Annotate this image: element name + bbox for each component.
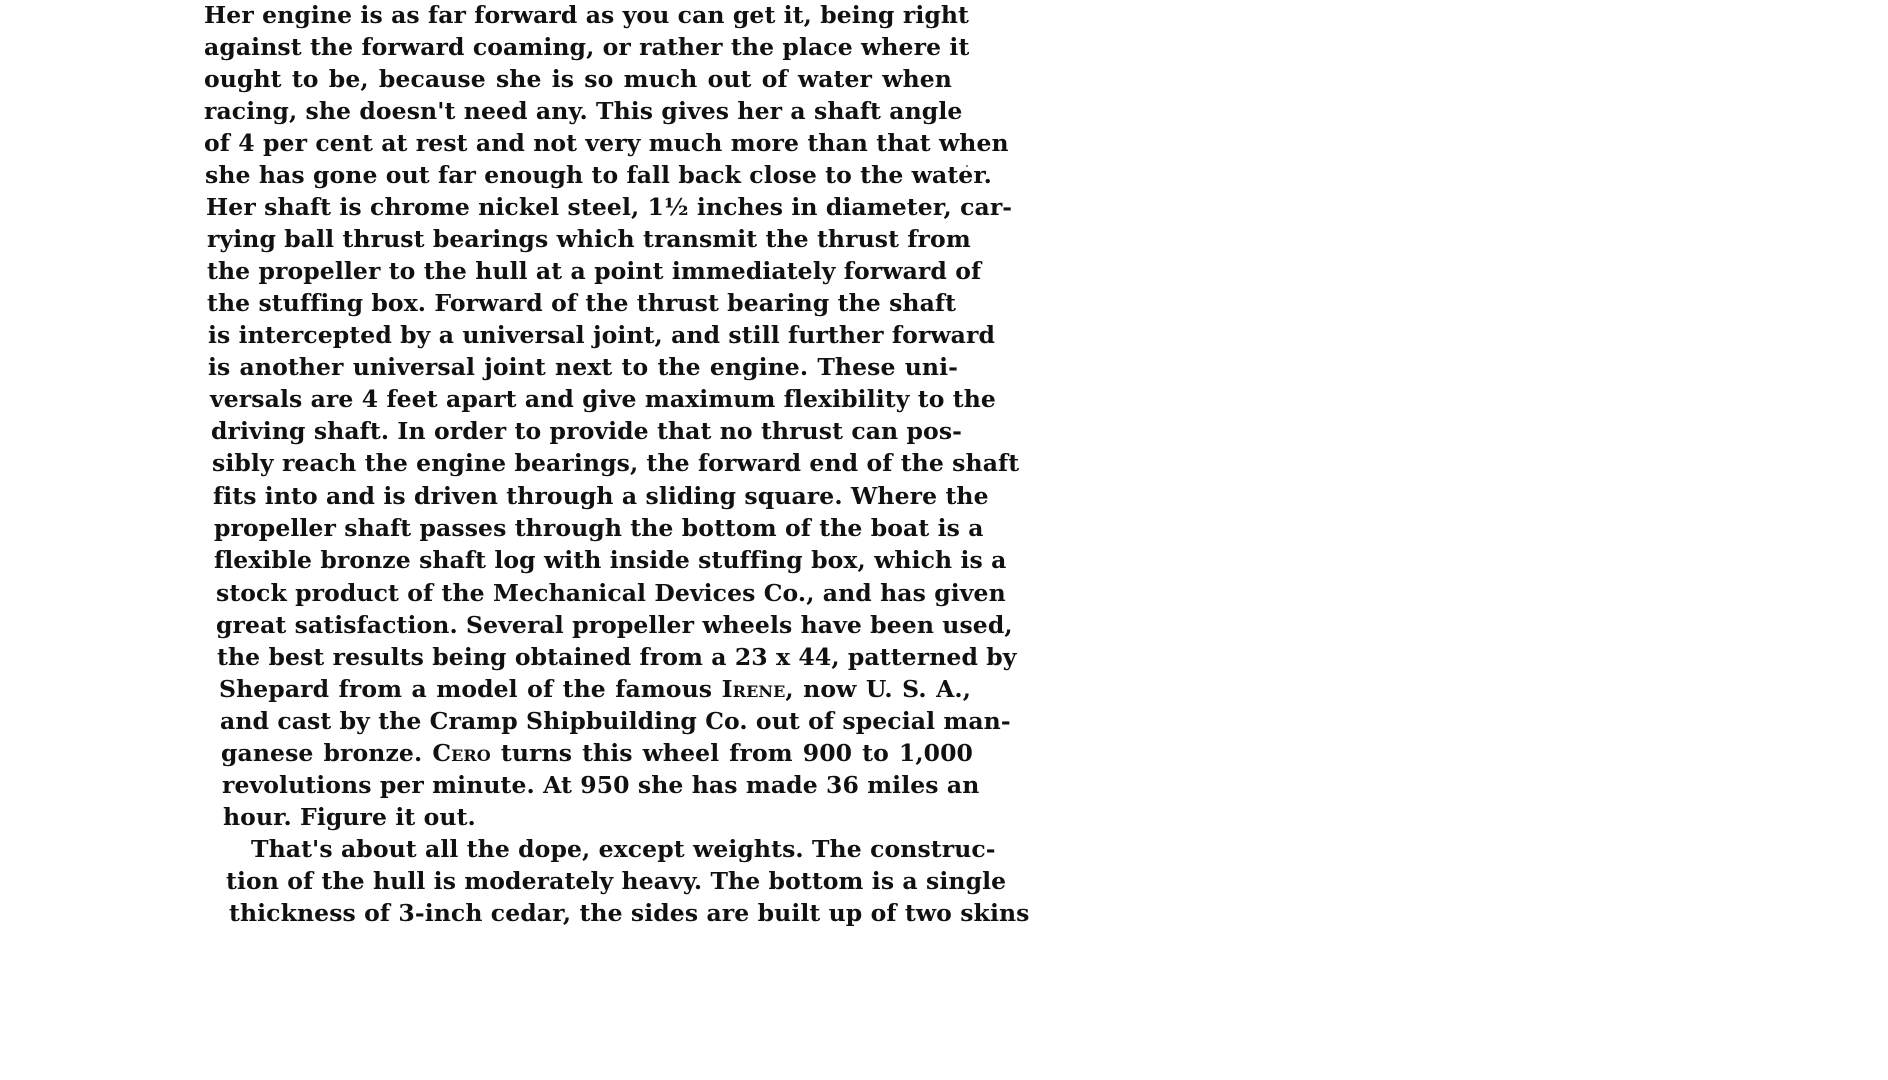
- text-line: propeller shaft passes through the botto…: [214, 513, 965, 543]
- text-line: the stuffing box. Forward of the thrust …: [207, 288, 956, 318]
- text-line: she has gone out far enough to fall back…: [205, 160, 953, 190]
- text-line: sibly reach the engine bearings, the for…: [212, 448, 962, 478]
- text-line: hour. Figure it out.: [223, 802, 975, 832]
- text-line: and cast by the Cramp Shipbuilding Co. o…: [220, 706, 972, 736]
- text-line: versals are 4 feet apart and give maximu…: [210, 384, 960, 414]
- text-line: That's about all the dope, except weight…: [251, 834, 963, 864]
- text-line: tion of the hull is moderately heavy. Th…: [226, 866, 964, 896]
- small-caps-name: Irene: [722, 675, 786, 703]
- text-line: is another universal joint next to the e…: [208, 352, 958, 382]
- text-line: Her engine is as far forward as you can …: [204, 0, 952, 30]
- text-line: of 4 per cent at rest and not very much …: [204, 128, 952, 158]
- text-line: great satisfaction. Several propeller wh…: [216, 610, 969, 640]
- text-line: flexible bronze shaft log with inside st…: [214, 545, 966, 575]
- text-line: fits into and is driven through a slidin…: [213, 481, 964, 511]
- text-line: Shepard from a model of the famous Irene…: [219, 674, 971, 704]
- text-line: the propeller to the hull at a point imm…: [207, 256, 956, 286]
- scan-speck: [966, 165, 968, 167]
- text-column: Her engine is as far forward as you can …: [0, 0, 1888, 1080]
- text-line: is intercepted by a universal joint, and…: [208, 320, 958, 350]
- text-line: the best results being obtained from a 2…: [217, 642, 970, 672]
- text-line: Her shaft is chrome nickel steel, 1½ inc…: [206, 192, 954, 222]
- text-line: stock product of the Mechanical Devices …: [216, 578, 968, 608]
- scanned-page: Her engine is as far forward as you can …: [0, 0, 1888, 1080]
- text-line: racing, she doesn't need any. This gives…: [204, 96, 952, 126]
- text-line: revolutions per minute. At 950 she has m…: [222, 770, 974, 800]
- small-caps-name: Cero: [432, 739, 491, 767]
- text-line: rying ball thrust bearings which transmi…: [207, 224, 955, 254]
- text-line: thickness of 3-inch cedar, the sides are…: [229, 898, 965, 928]
- text-line: driving shaft. In order to provide that …: [211, 416, 961, 446]
- text-line: against the forward coaming, or rather t…: [204, 32, 952, 62]
- text-line: ganese bronze. Cero turns this wheel fro…: [221, 738, 973, 768]
- text-line: ought to be, because she is so much out …: [204, 64, 952, 94]
